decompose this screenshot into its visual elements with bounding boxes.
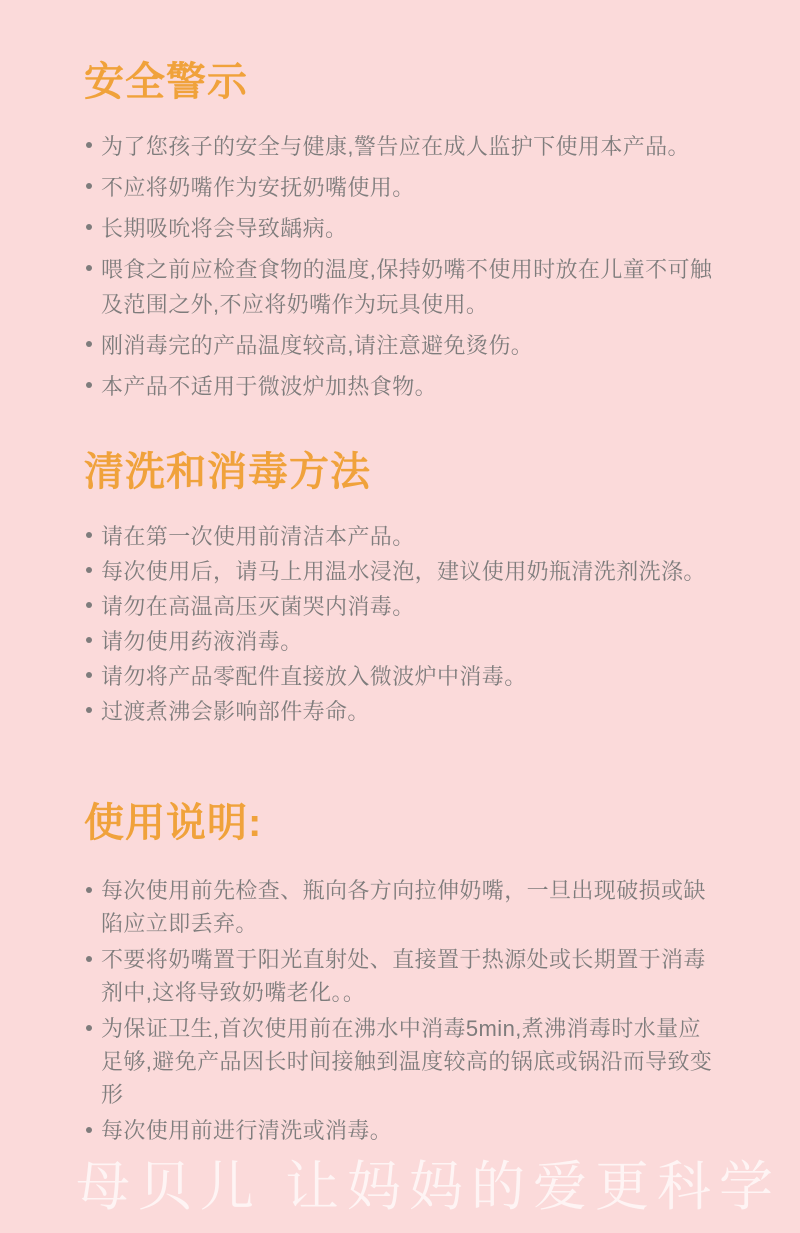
list-item-text: 长期吸吮将会导致龋病。 (101, 211, 347, 246)
section-title-usage-instructions: 使用说明: (84, 791, 720, 848)
bullet-dot-icon (86, 1127, 92, 1133)
list-item-text: 为保证卫生,首次使用前在沸水中消毒5min,煮沸消毒时水量应足够,避免产品因长时… (101, 1012, 720, 1111)
list-item: 为了您孩子的安全与健康,警告应在成人监护下使用本产品。 (84, 129, 720, 164)
list-item: 每次使用前先检查、瓶向各方向拉伸奶嘴，一旦出现破损或缺陷应立即丢弃。 (84, 874, 720, 940)
list-item-text: 请勿将产品零配件直接放入微波炉中消毒。 (101, 659, 527, 694)
list-item-text: 为了您孩子的安全与健康,警告应在成人监护下使用本产品。 (101, 129, 690, 164)
bullet-dot-icon (86, 887, 92, 893)
list-item: 请勿在高温高压灭菌哭内消毒。 (84, 589, 720, 624)
section-safety-warning: 安全警示 为了您孩子的安全与健康,警告应在成人监护下使用本产品。 不应将奶嘴作为… (84, 50, 720, 404)
list-item: 刚消毒完的产品温度较高,请注意避免烫伤。 (84, 328, 720, 363)
bullet-dot-icon (86, 956, 92, 962)
list-item-text: 请勿使用药液消毒。 (101, 624, 303, 659)
list-item: 长期吸吮将会导致龋病。 (84, 211, 720, 246)
list-item: 为保证卫生,首次使用前在沸水中消毒5min,煮沸消毒时水量应足够,避免产品因长时… (84, 1012, 720, 1111)
list-item: 请在第一次使用前清洁本产品。 (84, 519, 720, 554)
bullet-dot-icon (86, 637, 92, 643)
list-item-text: 请勿在高温高压灭菌哭内消毒。 (101, 589, 415, 624)
usage-instructions-list: 每次使用前先检查、瓶向各方向拉伸奶嘴，一旦出现破损或缺陷应立即丢弃。 不要将奶嘴… (84, 874, 720, 1147)
product-info-page: 安全警示 为了您孩子的安全与健康,警告应在成人监护下使用本产品。 不应将奶嘴作为… (0, 0, 800, 1233)
list-item-text: 每次使用前进行清洗或消毒。 (101, 1114, 392, 1147)
bullet-dot-icon (86, 532, 92, 538)
list-item-text: 刚消毒完的产品温度较高,请注意避免烫伤。 (101, 328, 533, 363)
list-item: 请勿使用药液消毒。 (84, 624, 720, 659)
list-item: 请勿将产品零配件直接放入微波炉中消毒。 (84, 659, 720, 694)
list-item-text: 过渡煮沸会影响部件寿命。 (101, 694, 370, 729)
list-item-text: 每次使用前先检查、瓶向各方向拉伸奶嘴，一旦出现破损或缺陷应立即丢弃。 (101, 874, 720, 940)
section-title-safety-warning: 安全警示 (84, 50, 720, 107)
bullet-dot-icon (86, 382, 92, 388)
bullet-dot-icon (86, 707, 92, 713)
bullet-dot-icon (86, 183, 92, 189)
bullet-dot-icon (86, 341, 92, 347)
section-cleaning-disinfection: 清洗和消毒方法 请在第一次使用前清洁本产品。 每次使用后，请马上用温水浸泡，建议… (84, 440, 720, 729)
bullet-dot-icon (86, 224, 92, 230)
list-item: 不要将奶嘴置于阳光直射处、直接置于热源处或长期置于消毒剂中,这将导致奶嘴老化。。 (84, 943, 720, 1009)
bullet-dot-icon (86, 602, 92, 608)
list-item: 喂食之前应检查食物的温度,保持奶嘴不使用时放在儿童不可触及范围之外,不应将奶嘴作… (84, 252, 720, 322)
list-item-text: 不应将奶嘴作为安抚奶嘴使用。 (101, 170, 415, 205)
bullet-dot-icon (86, 265, 92, 271)
bullet-dot-icon (86, 672, 92, 678)
list-item-text: 不要将奶嘴置于阳光直射处、直接置于热源处或长期置于消毒剂中,这将导致奶嘴老化。。 (101, 943, 720, 1009)
brand-watermark: 母贝儿 让妈妈的爱更科学 (76, 1144, 781, 1221)
bullet-dot-icon (86, 567, 92, 573)
list-item: 每次使用前进行清洗或消毒。 (84, 1114, 720, 1147)
bullet-dot-icon (86, 142, 92, 148)
list-item-text: 喂食之前应检查食物的温度,保持奶嘴不使用时放在儿童不可触及范围之外,不应将奶嘴作… (101, 252, 720, 322)
cleaning-disinfection-list: 请在第一次使用前清洁本产品。 每次使用后，请马上用温水浸泡，建议使用奶瓶清洗剂洗… (84, 519, 720, 729)
list-item: 每次使用后，请马上用温水浸泡，建议使用奶瓶清洗剂洗涤。 (84, 554, 720, 589)
list-item: 本产品不适用于微波炉加热食物。 (84, 369, 720, 404)
safety-warning-list: 为了您孩子的安全与健康,警告应在成人监护下使用本产品。 不应将奶嘴作为安抚奶嘴使… (84, 129, 720, 404)
list-item-text: 每次使用后，请马上用温水浸泡，建议使用奶瓶清洗剂洗涤。 (101, 554, 706, 589)
list-item-text: 请在第一次使用前清洁本产品。 (101, 519, 415, 554)
content-area: 安全警示 为了您孩子的安全与健康,警告应在成人监护下使用本产品。 不应将奶嘴作为… (0, 0, 800, 1147)
section-title-cleaning-disinfection: 清洗和消毒方法 (84, 440, 720, 497)
bullet-dot-icon (86, 1025, 92, 1031)
list-item: 过渡煮沸会影响部件寿命。 (84, 694, 720, 729)
list-item-text: 本产品不适用于微波炉加热食物。 (101, 369, 437, 404)
section-usage-instructions: 使用说明: 每次使用前先检查、瓶向各方向拉伸奶嘴，一旦出现破损或缺陷应立即丢弃。… (84, 791, 720, 1147)
list-item: 不应将奶嘴作为安抚奶嘴使用。 (84, 170, 720, 205)
